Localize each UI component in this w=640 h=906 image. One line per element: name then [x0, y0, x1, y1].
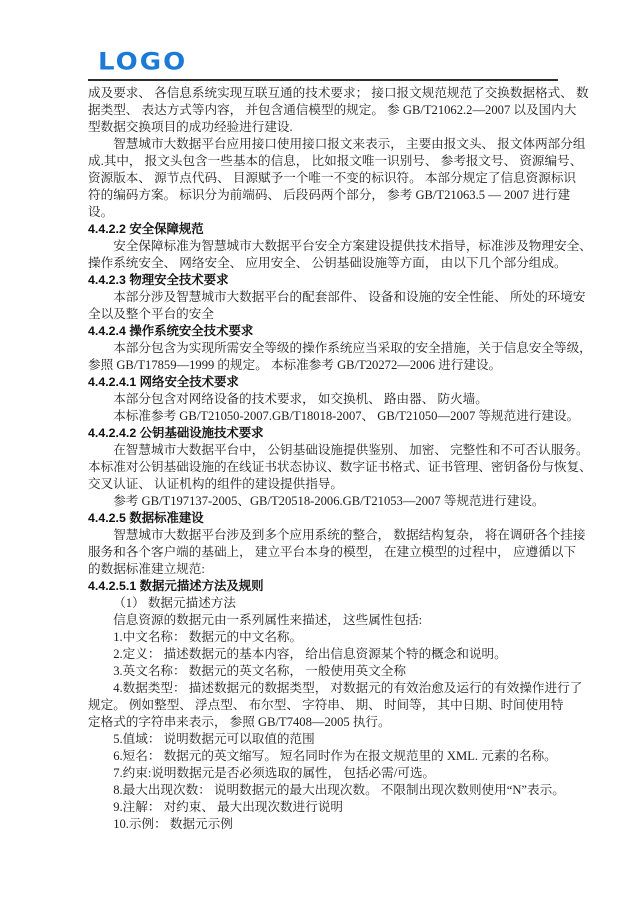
- text-line: 智慧城市大数据平台应用接口使用接口报文来表示， 主要由报文头、 报文体两部分组: [88, 136, 558, 153]
- text-line: 成.其中， 报文头包含一些基本的信息， 比如报文唯一识别号、 参考报文号、 资源…: [88, 153, 558, 170]
- text-line: 7.约束:说明数据元是否必须选取的属性， 包括必需/可选。: [88, 765, 558, 782]
- text-line: 成及要求、 各信息系统实现互联互通的技术要求； 接口报文规范规范了交换数据格式、…: [88, 85, 558, 102]
- text-line: 本部分包含为实现所需安全等级的操作系统应当采取的安全措施，关于信息安全等级，: [88, 340, 558, 357]
- text-line: 8.最大出现次数： 说明数据元的最大出现次数。 不限制出现次数则使用“N”表示。: [88, 782, 558, 799]
- section-heading: 4.4.2.3 物理安全技术要求: [88, 272, 558, 289]
- text-line: 参照 GB/T17859—1999 的规定。 本标准参考 GB/T20272—2…: [88, 357, 558, 374]
- text-line: 服务和各个客户端的基础上， 建立平台本身的模型， 在建立模型的过程中， 应遵循以…: [88, 544, 558, 561]
- document-page: LOGO 成及要求、 各信息系统实现互联互通的技术要求； 接口报文规范规范了交换…: [0, 0, 640, 906]
- text-line: 本部分涉及智慧城市大数据平台的配套部件、 设备和设施的安全性能、 所处的环境安: [88, 289, 558, 306]
- text-line: 在智慧城市大数据平台中， 公钥基础设施提供鉴别、 加密、 完整性和不可否认服务。: [88, 442, 558, 459]
- text-line: （1） 数据元描述方法: [88, 595, 558, 612]
- section-heading: 4.4.2.4 操作系统安全技术要求: [88, 323, 558, 340]
- section-heading: 4.4.2.5 数据标准建设: [88, 510, 558, 527]
- text-line: 5.值域： 说明数据元可以取值的范围: [88, 731, 558, 748]
- text-line: 据类型、 表达方式等内容， 并包含通信模型的规定。 参 GB/T21062.2—…: [88, 102, 558, 119]
- document-body: 成及要求、 各信息系统实现互联互通的技术要求； 接口报文规范规范了交换数据格式、…: [88, 85, 558, 833]
- text-line: 的数据标准建立规范:: [88, 561, 558, 578]
- section-heading: 4.4.2.4.1 网络安全技术要求: [88, 374, 558, 391]
- text-line: 资源版本、 源节点代码、 目源赋予一个唯一不变的标识符。 本部分规定了信息资源标…: [88, 170, 558, 187]
- text-line: 交叉认证、 认证机构的组件的建设提供指导。: [88, 476, 558, 493]
- text-line: 1.中文名称： 数据元的中文名称。: [88, 629, 558, 646]
- text-line: 操作系统安全、 网络安全、 应用安全、 公钥基础设施等方面， 由以下几个部分组成…: [88, 255, 558, 272]
- text-line: 信息资源的数据元由一系列属性来描述， 这些属性包括:: [88, 612, 558, 629]
- text-line: 规定。 例如整型、 浮点型、 布尔型、 字符串、 期、 时间等， 其中日期、时间…: [88, 697, 558, 714]
- company-logo: LOGO: [98, 50, 187, 74]
- text-line: 10.示例： 数据元示例: [88, 816, 558, 833]
- text-line: 3.英文名称： 数据元的英文名称， 一般使用英文全称: [88, 663, 558, 680]
- text-line: 智慧城市大数据平台涉及到多个应用系统的整合， 数据结构复杂， 将在调研各个挂接: [88, 527, 558, 544]
- text-line: 设。: [88, 204, 558, 221]
- page-header: LOGO: [88, 48, 558, 81]
- text-line: 本标准参考 GB/T21050-2007.GB/T18018-2007、 GB/…: [88, 408, 558, 425]
- section-heading: 4.4.2.4.2 公钥基础设施技术要求: [88, 425, 558, 442]
- text-line: 4.数据类型： 描述数据元的数据类型， 对数据元的有效治愈及运行的有效操作进行了: [88, 680, 558, 697]
- text-line: 2.定义： 描述数据元的基本内容， 给出信息资源某个特的概念和说明。: [88, 646, 558, 663]
- text-line: 本部分包含对网络设备的技术要求， 如交换机、 路由器、 防火墙。: [88, 391, 558, 408]
- header-divider: [88, 79, 558, 81]
- text-line: 安全保障标准为智慧城市大数据平台安全方案建设提供技术指导，标准涉及物理安全、: [88, 238, 558, 255]
- text-line: 定格式的字符串来表示， 参照 GB/T7408—2005 执行。: [88, 714, 558, 731]
- section-heading: 4.4.2.2 安全保障规范: [88, 221, 558, 238]
- text-line: 参考 GB/T197137-2005、GB/T20518-2006.GB/T21…: [88, 493, 558, 510]
- text-line: 符的编码方案。 标识分为前端码、 后段码两个部分， 参考 GB/T21063.5…: [88, 187, 558, 204]
- text-line: 型数据交换项目的成功经验进行建设.: [88, 119, 558, 136]
- text-line: 全以及整个平台的安全: [88, 306, 558, 323]
- text-line: 6.短名： 数据元的英文缩写。 短名同时作为在报文规范里的 XML. 元素的名称…: [88, 748, 558, 765]
- section-heading: 4.4.2.5.1 数据元描述方法及规则: [88, 578, 558, 595]
- text-line: 本标准对公钥基础设施的在线证书状态协议、数字证书格式、证书管理、密钥备份与恢复、: [88, 459, 558, 476]
- text-line: 9.注解： 对约束、 最大出现次数进行说明: [88, 799, 558, 816]
